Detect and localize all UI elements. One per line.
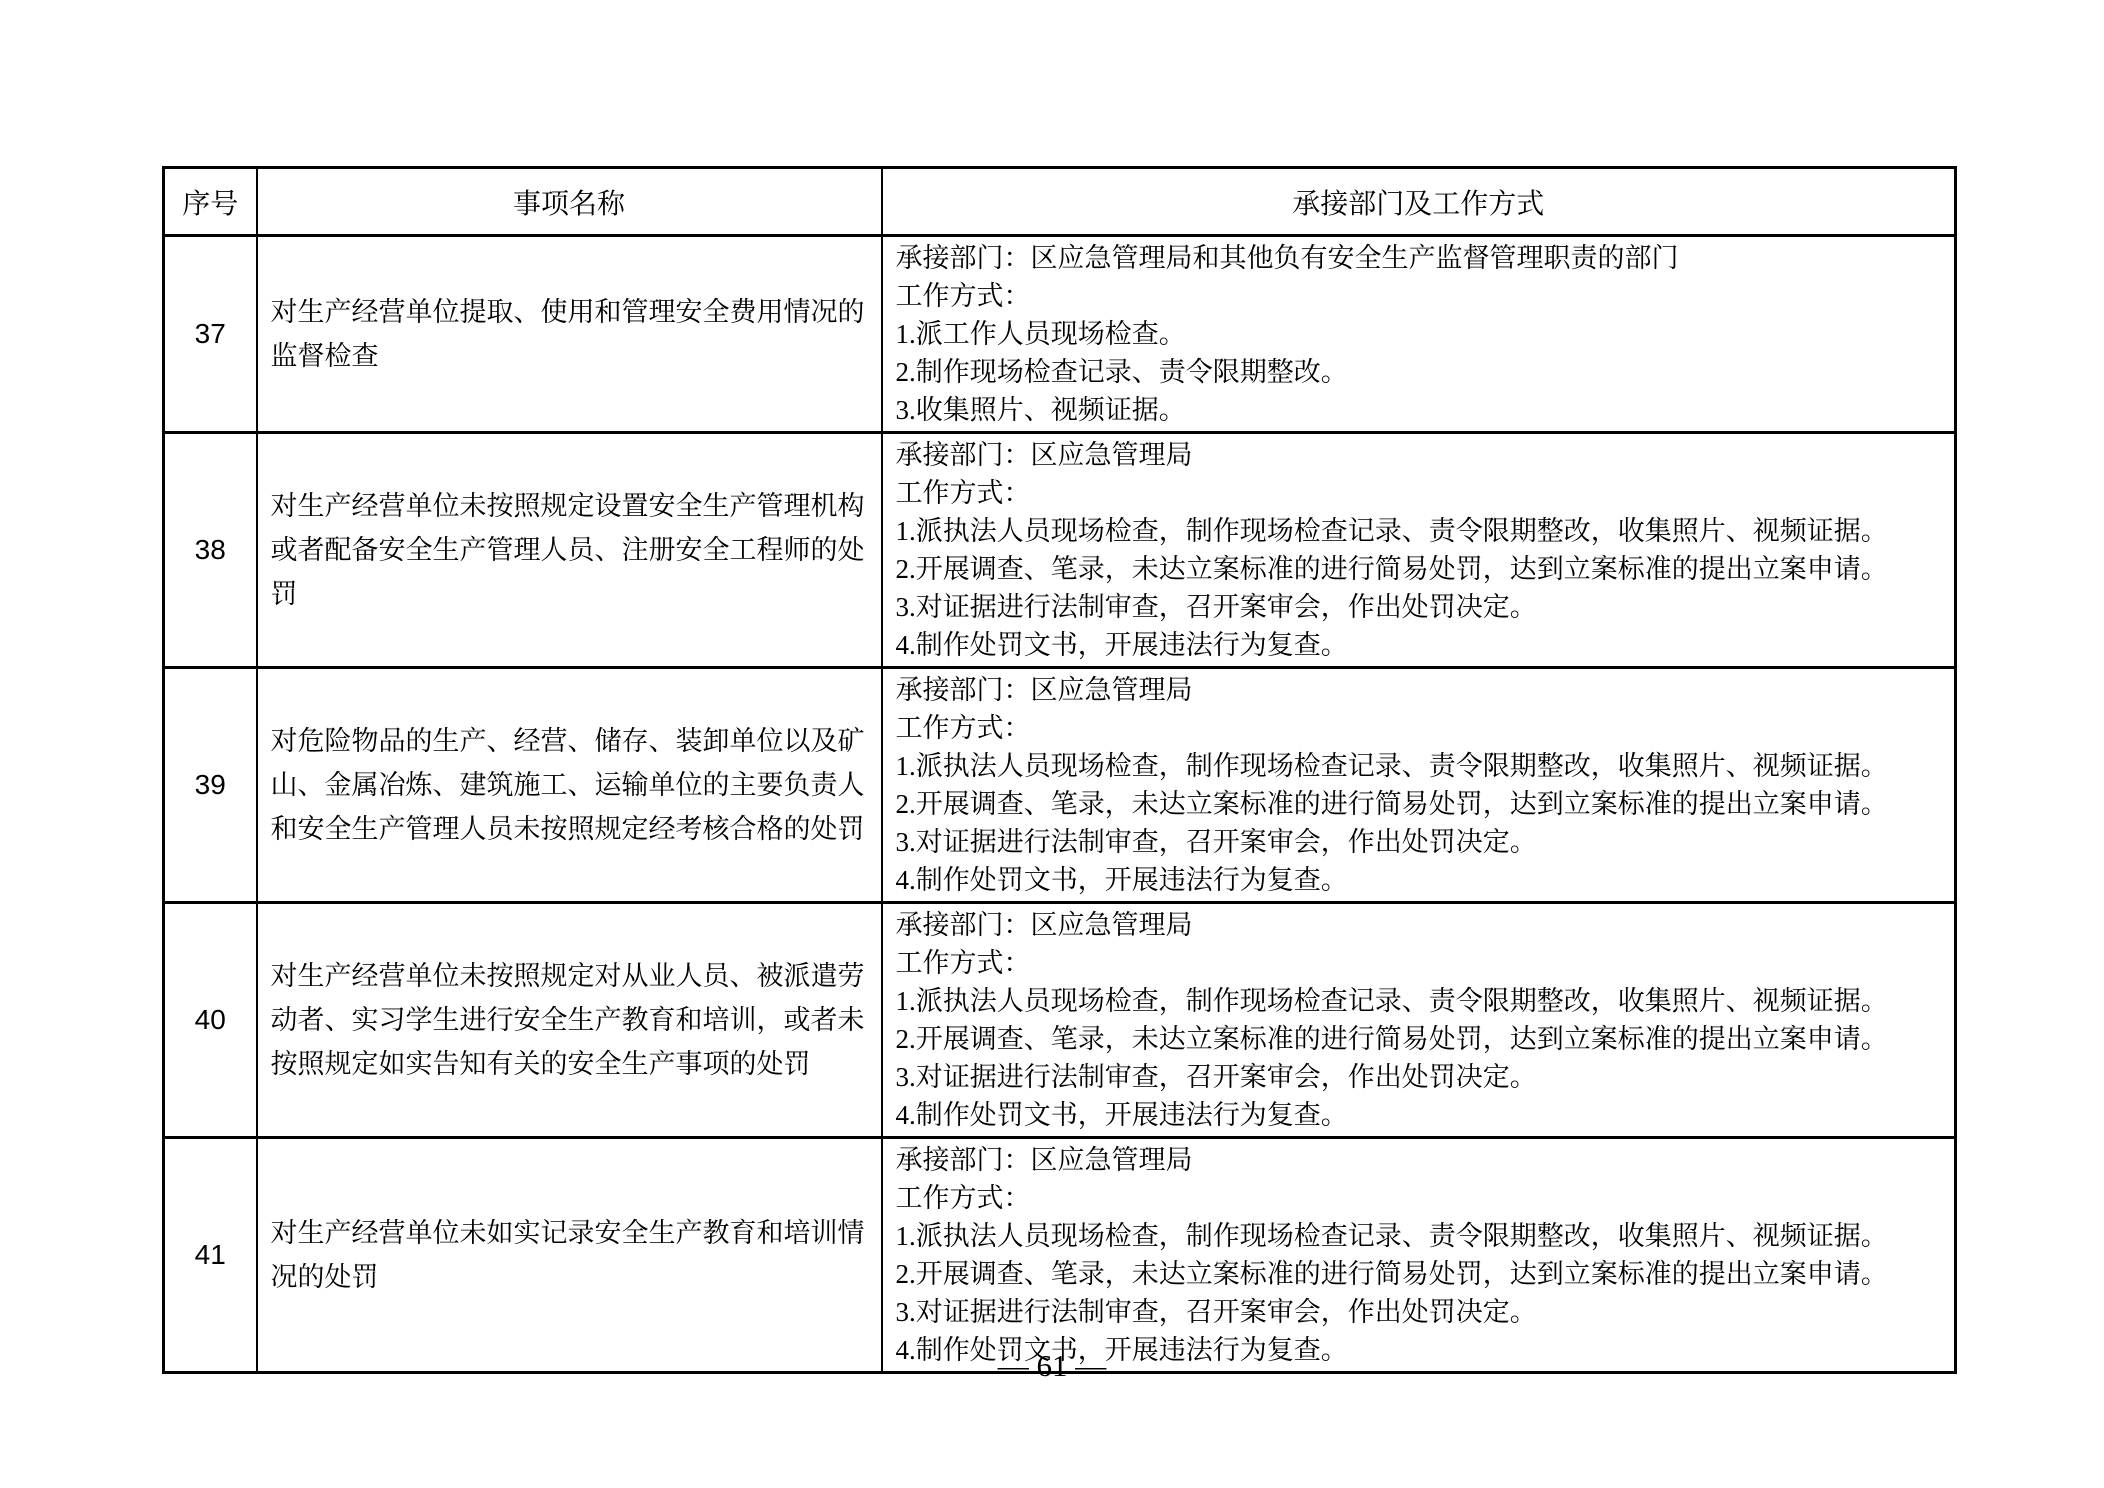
detail-line: 承接部门：区应急管理局 <box>896 671 1942 709</box>
detail-line: 工作方式： <box>896 1179 1942 1217</box>
detail-line: 2.开展调查、笔录，未达立案标准的进行简易处罚，达到立案标准的提出立案申请。 <box>896 1020 1942 1058</box>
detail-line: 承接部门：区应急管理局 <box>896 1141 1942 1179</box>
header-department-method: 承接部门及工作方式 <box>882 168 1956 236</box>
serial-number-cell: 40 <box>164 903 257 1138</box>
detail-line: 工作方式： <box>896 709 1942 747</box>
header-serial-number: 序号 <box>164 168 257 236</box>
document-page: 序号 事项名称 承接部门及工作方式 37 对生产经营单位提取、使用和管理安全费用… <box>0 0 2104 1488</box>
department-method-cell: 承接部门：区应急管理局和其他负有安全生产监督管理职责的部门 工作方式： 1.派工… <box>882 236 1956 433</box>
table-row: 41 对生产经营单位未如实记录安全生产教育和培训情况的处罚 承接部门：区应急管理… <box>164 1138 1956 1373</box>
detail-line: 3.对证据进行法制审查，召开案审会，作出处罚决定。 <box>896 1293 1942 1331</box>
detail-line: 3.收集照片、视频证据。 <box>896 391 1942 429</box>
department-method-cell: 承接部门：区应急管理局 工作方式： 1.派执法人员现场检查，制作现场检查记录、责… <box>882 1138 1956 1373</box>
item-name-cell: 对危险物品的生产、经营、储存、装卸单位以及矿山、金属冶炼、建筑施工、运输单位的主… <box>257 668 882 903</box>
table-row: 38 对生产经营单位未按照规定设置安全生产管理机构或者配备安全生产管理人员、注册… <box>164 433 1956 668</box>
detail-line: 1.派执法人员现场检查，制作现场检查记录、责令限期整改，收集照片、视频证据。 <box>896 982 1942 1020</box>
detail-line: 3.对证据进行法制审查，召开案审会，作出处罚决定。 <box>896 588 1942 626</box>
matters-table: 序号 事项名称 承接部门及工作方式 37 对生产经营单位提取、使用和管理安全费用… <box>162 166 1957 1374</box>
page-number: — 61 — <box>0 1348 2104 1384</box>
detail-line: 2.开展调查、笔录，未达立案标准的进行简易处罚，达到立案标准的提出立案申请。 <box>896 550 1942 588</box>
header-row: 序号 事项名称 承接部门及工作方式 <box>164 168 1956 236</box>
detail-line: 4.制作处罚文书，开展违法行为复查。 <box>896 626 1942 664</box>
detail-line: 1.派执法人员现场检查，制作现场检查记录、责令限期整改，收集照片、视频证据。 <box>896 1217 1942 1255</box>
table-row: 40 对生产经营单位未按照规定对从业人员、被派遣劳动者、实习学生进行安全生产教育… <box>164 903 1956 1138</box>
department-method-cell: 承接部门：区应急管理局 工作方式： 1.派执法人员现场检查，制作现场检查记录、责… <box>882 433 1956 668</box>
detail-line: 2.开展调查、笔录，未达立案标准的进行简易处罚，达到立案标准的提出立案申请。 <box>896 785 1942 823</box>
header-item-name: 事项名称 <box>257 168 882 236</box>
detail-line: 承接部门：区应急管理局和其他负有安全生产监督管理职责的部门 <box>896 239 1942 277</box>
item-name-cell: 对生产经营单位未如实记录安全生产教育和培训情况的处罚 <box>257 1138 882 1373</box>
detail-line: 承接部门：区应急管理局 <box>896 436 1942 474</box>
detail-line: 工作方式： <box>896 944 1942 982</box>
detail-line: 3.对证据进行法制审查，召开案审会，作出处罚决定。 <box>896 1058 1942 1096</box>
detail-line: 1.派工作人员现场检查。 <box>896 315 1942 353</box>
item-name-cell: 对生产经营单位提取、使用和管理安全费用情况的监督检查 <box>257 236 882 433</box>
serial-number-cell: 38 <box>164 433 257 668</box>
department-method-cell: 承接部门：区应急管理局 工作方式： 1.派执法人员现场检查，制作现场检查记录、责… <box>882 903 1956 1138</box>
serial-number-cell: 39 <box>164 668 257 903</box>
detail-line: 1.派执法人员现场检查，制作现场检查记录、责令限期整改，收集照片、视频证据。 <box>896 747 1942 785</box>
table-row: 39 对危险物品的生产、经营、储存、装卸单位以及矿山、金属冶炼、建筑施工、运输单… <box>164 668 1956 903</box>
detail-line: 1.派执法人员现场检查，制作现场检查记录、责令限期整改，收集照片、视频证据。 <box>896 512 1942 550</box>
detail-line: 承接部门：区应急管理局 <box>896 906 1942 944</box>
table-row: 37 对生产经营单位提取、使用和管理安全费用情况的监督检查 承接部门：区应急管理… <box>164 236 1956 433</box>
detail-line: 3.对证据进行法制审查，召开案审会，作出处罚决定。 <box>896 823 1942 861</box>
department-method-cell: 承接部门：区应急管理局 工作方式： 1.派执法人员现场检查，制作现场检查记录、责… <box>882 668 1956 903</box>
serial-number-cell: 37 <box>164 236 257 433</box>
item-name-cell: 对生产经营单位未按照规定设置安全生产管理机构或者配备安全生产管理人员、注册安全工… <box>257 433 882 668</box>
detail-line: 工作方式： <box>896 277 1942 315</box>
serial-number-cell: 41 <box>164 1138 257 1373</box>
item-name-cell: 对生产经营单位未按照规定对从业人员、被派遣劳动者、实习学生进行安全生产教育和培训… <box>257 903 882 1138</box>
detail-line: 工作方式： <box>896 474 1942 512</box>
detail-line: 2.制作现场检查记录、责令限期整改。 <box>896 353 1942 391</box>
detail-line: 2.开展调查、笔录，未达立案标准的进行简易处罚，达到立案标准的提出立案申请。 <box>896 1255 1942 1293</box>
detail-line: 4.制作处罚文书，开展违法行为复查。 <box>896 861 1942 899</box>
detail-line: 4.制作处罚文书，开展违法行为复查。 <box>896 1096 1942 1134</box>
